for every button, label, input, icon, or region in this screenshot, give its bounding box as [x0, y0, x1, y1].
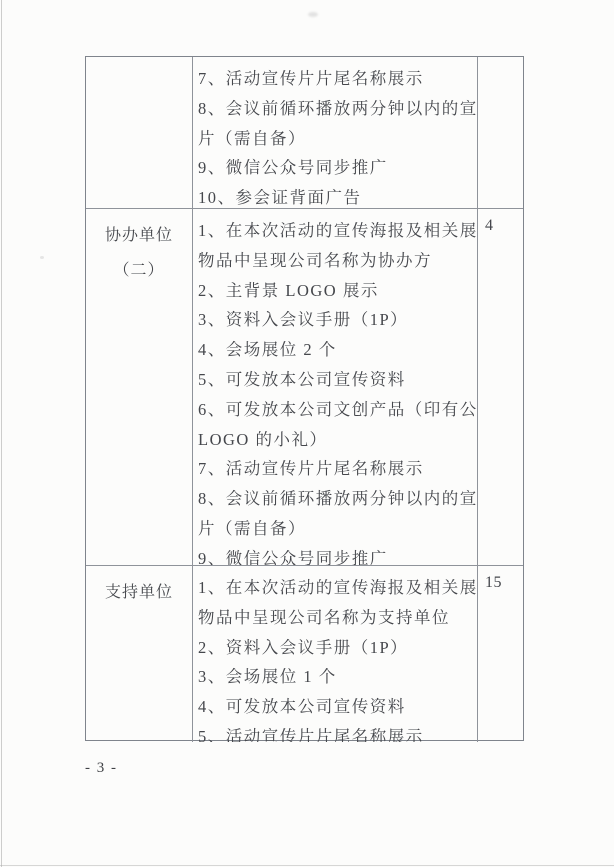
benefit-line: 物品中呈现公司名称为协办方	[198, 246, 477, 276]
page-number: - 3 -	[85, 760, 118, 777]
benefit-line: 4、会场展位 2 个	[198, 335, 477, 365]
benefit-line: 2、资料入会议手册（1P）	[198, 633, 477, 663]
benefit-line: 5、活动宣传片片尾名称展示	[198, 722, 477, 742]
quota-cell: 15	[478, 566, 523, 742]
benefits-cell: 1、在本次活动的宣传海报及相关展示物品中呈现公司名称为支持单位2、资料入会议手册…	[193, 566, 478, 742]
benefit-line: 片（需自备）	[198, 514, 477, 544]
benefits-cell: 7、活动宣传片片尾名称展示8、会议前循环播放两分钟以内的宣传片（需自备）9、微信…	[193, 57, 478, 208]
benefit-line: 7、活动宣传片片尾名称展示	[198, 64, 477, 94]
scan-smudge	[308, 12, 318, 17]
benefit-line: 9、微信公众号同步推广	[198, 153, 477, 183]
benefit-line: 8、会议前循环播放两分钟以内的宣传	[198, 484, 477, 514]
quota-value: 15	[485, 574, 523, 592]
benefits-table: 7、活动宣传片片尾名称展示8、会议前循环播放两分钟以内的宣传片（需自备）9、微信…	[85, 56, 524, 741]
benefit-line: 9、微信公众号同步推广	[198, 544, 477, 565]
quota-cell	[478, 57, 523, 208]
benefit-line: 物品中呈现公司名称为支持单位	[198, 603, 477, 633]
unit-label-cell: 协办单位（二）	[86, 209, 193, 565]
quota-cell: 4	[478, 209, 523, 565]
benefit-line: 1、在本次活动的宣传海报及相关展示	[198, 573, 477, 603]
unit-label-cell: 支持单位	[86, 566, 193, 742]
unit-label-line: 协办单位	[86, 218, 192, 253]
benefit-line: 2、主背景 LOGO 展示	[198, 276, 477, 306]
scanned-document-page: 7、活动宣传片片尾名称展示8、会议前循环播放两分钟以内的宣传片（需自备）9、微信…	[0, 0, 614, 867]
benefits-cell: 1、在本次活动的宣传海报及相关展示物品中呈现公司名称为协办方2、主背景 LOGO…	[193, 209, 478, 565]
benefit-line: 7、活动宣传片片尾名称展示	[198, 454, 477, 484]
benefit-line: 4、可发放本公司宣传资料	[198, 692, 477, 722]
quota-value: 4	[485, 217, 523, 235]
benefit-line: 10、参会证背面广告	[198, 183, 477, 208]
table-row: 7、活动宣传片片尾名称展示8、会议前循环播放两分钟以内的宣传片（需自备）9、微信…	[86, 57, 523, 209]
scan-edge-artifact-bottom	[0, 865, 614, 866]
unit-label-cell	[86, 57, 193, 208]
benefit-line: 6、可发放本公司文创产品（印有公司	[198, 395, 477, 425]
benefit-line: LOGO 的小礼）	[198, 425, 477, 455]
unit-label-line: （二）	[86, 253, 192, 288]
benefit-line: 8、会议前循环播放两分钟以内的宣传	[198, 94, 477, 124]
table-row: 协办单位（二）1、在本次活动的宣传海报及相关展示物品中呈现公司名称为协办方2、主…	[86, 209, 523, 566]
benefit-line: 1、在本次活动的宣传海报及相关展示	[198, 216, 477, 246]
benefit-line: 3、资料入会议手册（1P）	[198, 305, 477, 335]
benefit-line: 片（需自备）	[198, 124, 477, 154]
benefit-line: 3、会场展位 1 个	[198, 662, 477, 692]
scan-edge-artifact-left	[1, 0, 2, 867]
unit-label-line: 支持单位	[86, 575, 192, 610]
benefit-line: 5、可发放本公司宣传资料	[198, 365, 477, 395]
scan-smudge	[40, 256, 44, 259]
table-row: 支持单位1、在本次活动的宣传海报及相关展示物品中呈现公司名称为支持单位2、资料入…	[86, 566, 523, 742]
